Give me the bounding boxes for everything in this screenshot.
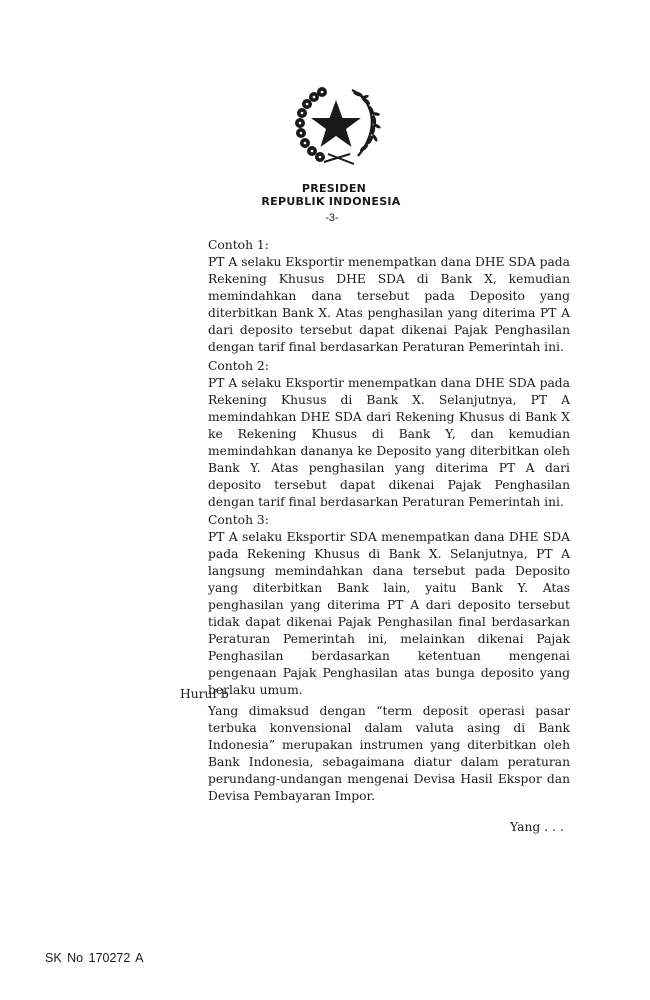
header-title-republic: REPUBLIK INDONESIA [0, 195, 650, 208]
continuation-marker: Yang . . . [510, 819, 564, 836]
page-number: -3- [0, 212, 650, 224]
header-title-president: PRESIDEN [0, 182, 650, 195]
document-code: SK No 170272 A [45, 951, 143, 965]
example-1-text: PT A selaku Eksportir menempatkan dana D… [208, 254, 570, 356]
huruf-b-text: Yang dimaksud dengan “term deposit opera… [208, 703, 570, 805]
example-3-label: Contoh 3: [208, 512, 269, 529]
garuda-star-emblem-icon [288, 82, 384, 172]
example-1-label: Contoh 1: [208, 237, 269, 254]
example-2-text: PT A selaku Eksportir menempatkan dana D… [208, 375, 570, 511]
huruf-b-label: Huruf b [180, 686, 229, 703]
example-2-label: Contoh 2: [208, 358, 269, 375]
example-3-text: PT A selaku Eksportir SDA menempatkan da… [208, 529, 570, 699]
